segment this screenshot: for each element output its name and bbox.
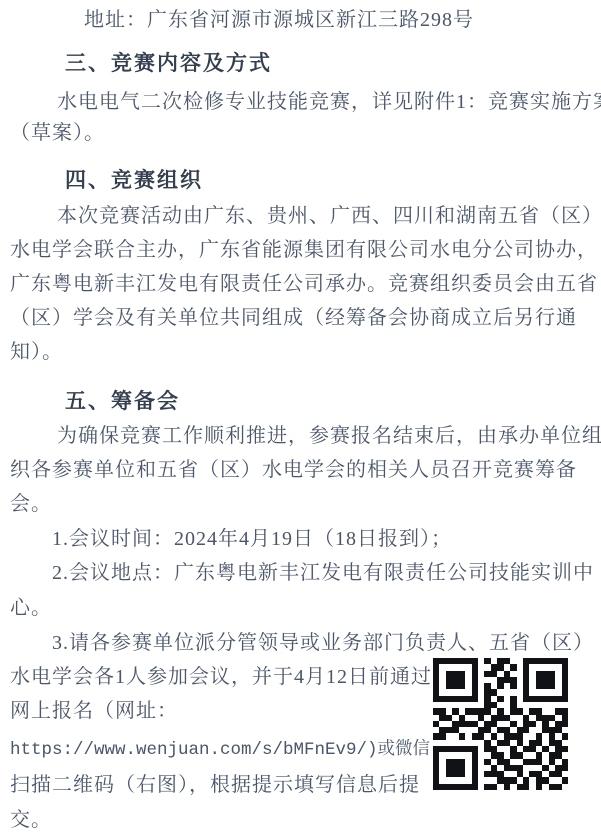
- body-line: （区）学会及有关单位共同组成（经筹备会协商成立后另行通: [10, 306, 577, 330]
- registration-qr-code: [433, 658, 568, 790]
- body-line: 水电电气二次检修专业技能竞赛，详见附件1：竞赛实施方案: [57, 90, 601, 114]
- document-page: 地址：广东省河源市源城区新江三路298号 三、竞赛内容及方式 水电电气二次检修专…: [0, 0, 601, 837]
- list-item-registration: 3.请各参赛单位派分管领导或业务部门负责人、五省（区）: [52, 631, 594, 655]
- body-line: 网上报名（网址：: [10, 699, 178, 723]
- section-heading-competition-content: 三、竞赛内容及方式: [65, 51, 272, 75]
- body-line: 扫描二维码（右图），根据提示填写信息后提: [10, 773, 420, 797]
- body-line: 织各参赛单位和五省（区）水电学会的相关人员召开竞赛筹备: [10, 458, 577, 482]
- body-line: （草案）。: [10, 121, 105, 145]
- address-line: 地址：广东省河源市源城区新江三路298号: [84, 8, 474, 32]
- list-item-meeting-time: 1.会议时间：2024年4月19日（18日报到）；: [52, 527, 452, 551]
- registration-url: https://www.wenjuan.com/s/bMFnEv9/)或微信: [10, 738, 430, 762]
- body-line: 为确保竞赛工作顺利推进，参赛报名结束后，由承办单位组: [57, 424, 601, 448]
- body-line: 心。: [10, 596, 52, 620]
- list-item-meeting-place: 2.会议地点：广东粤电新丰江发电有限责任公司技能实训中: [52, 561, 594, 585]
- body-line: 本次竞赛活动由广东、贵州、广西、四川和湖南五省（区）: [57, 204, 601, 228]
- body-line: 水电学会各1人参加会议，并于4月12日前通过: [10, 665, 432, 689]
- section-heading-preparatory-meeting: 五、筹备会: [65, 389, 180, 413]
- body-line: 广东粤电新丰江发电有限责任公司承办。竞赛组织委员会由五省: [10, 272, 598, 296]
- body-line: 会。: [10, 492, 52, 516]
- body-line: 水电学会联合主办，广东省能源集团有限公司水电分公司协办，: [10, 238, 598, 262]
- body-line: 交。: [10, 808, 52, 832]
- body-line: 知）。: [10, 340, 63, 364]
- section-heading-competition-organization: 四、竞赛组织: [65, 168, 203, 192]
